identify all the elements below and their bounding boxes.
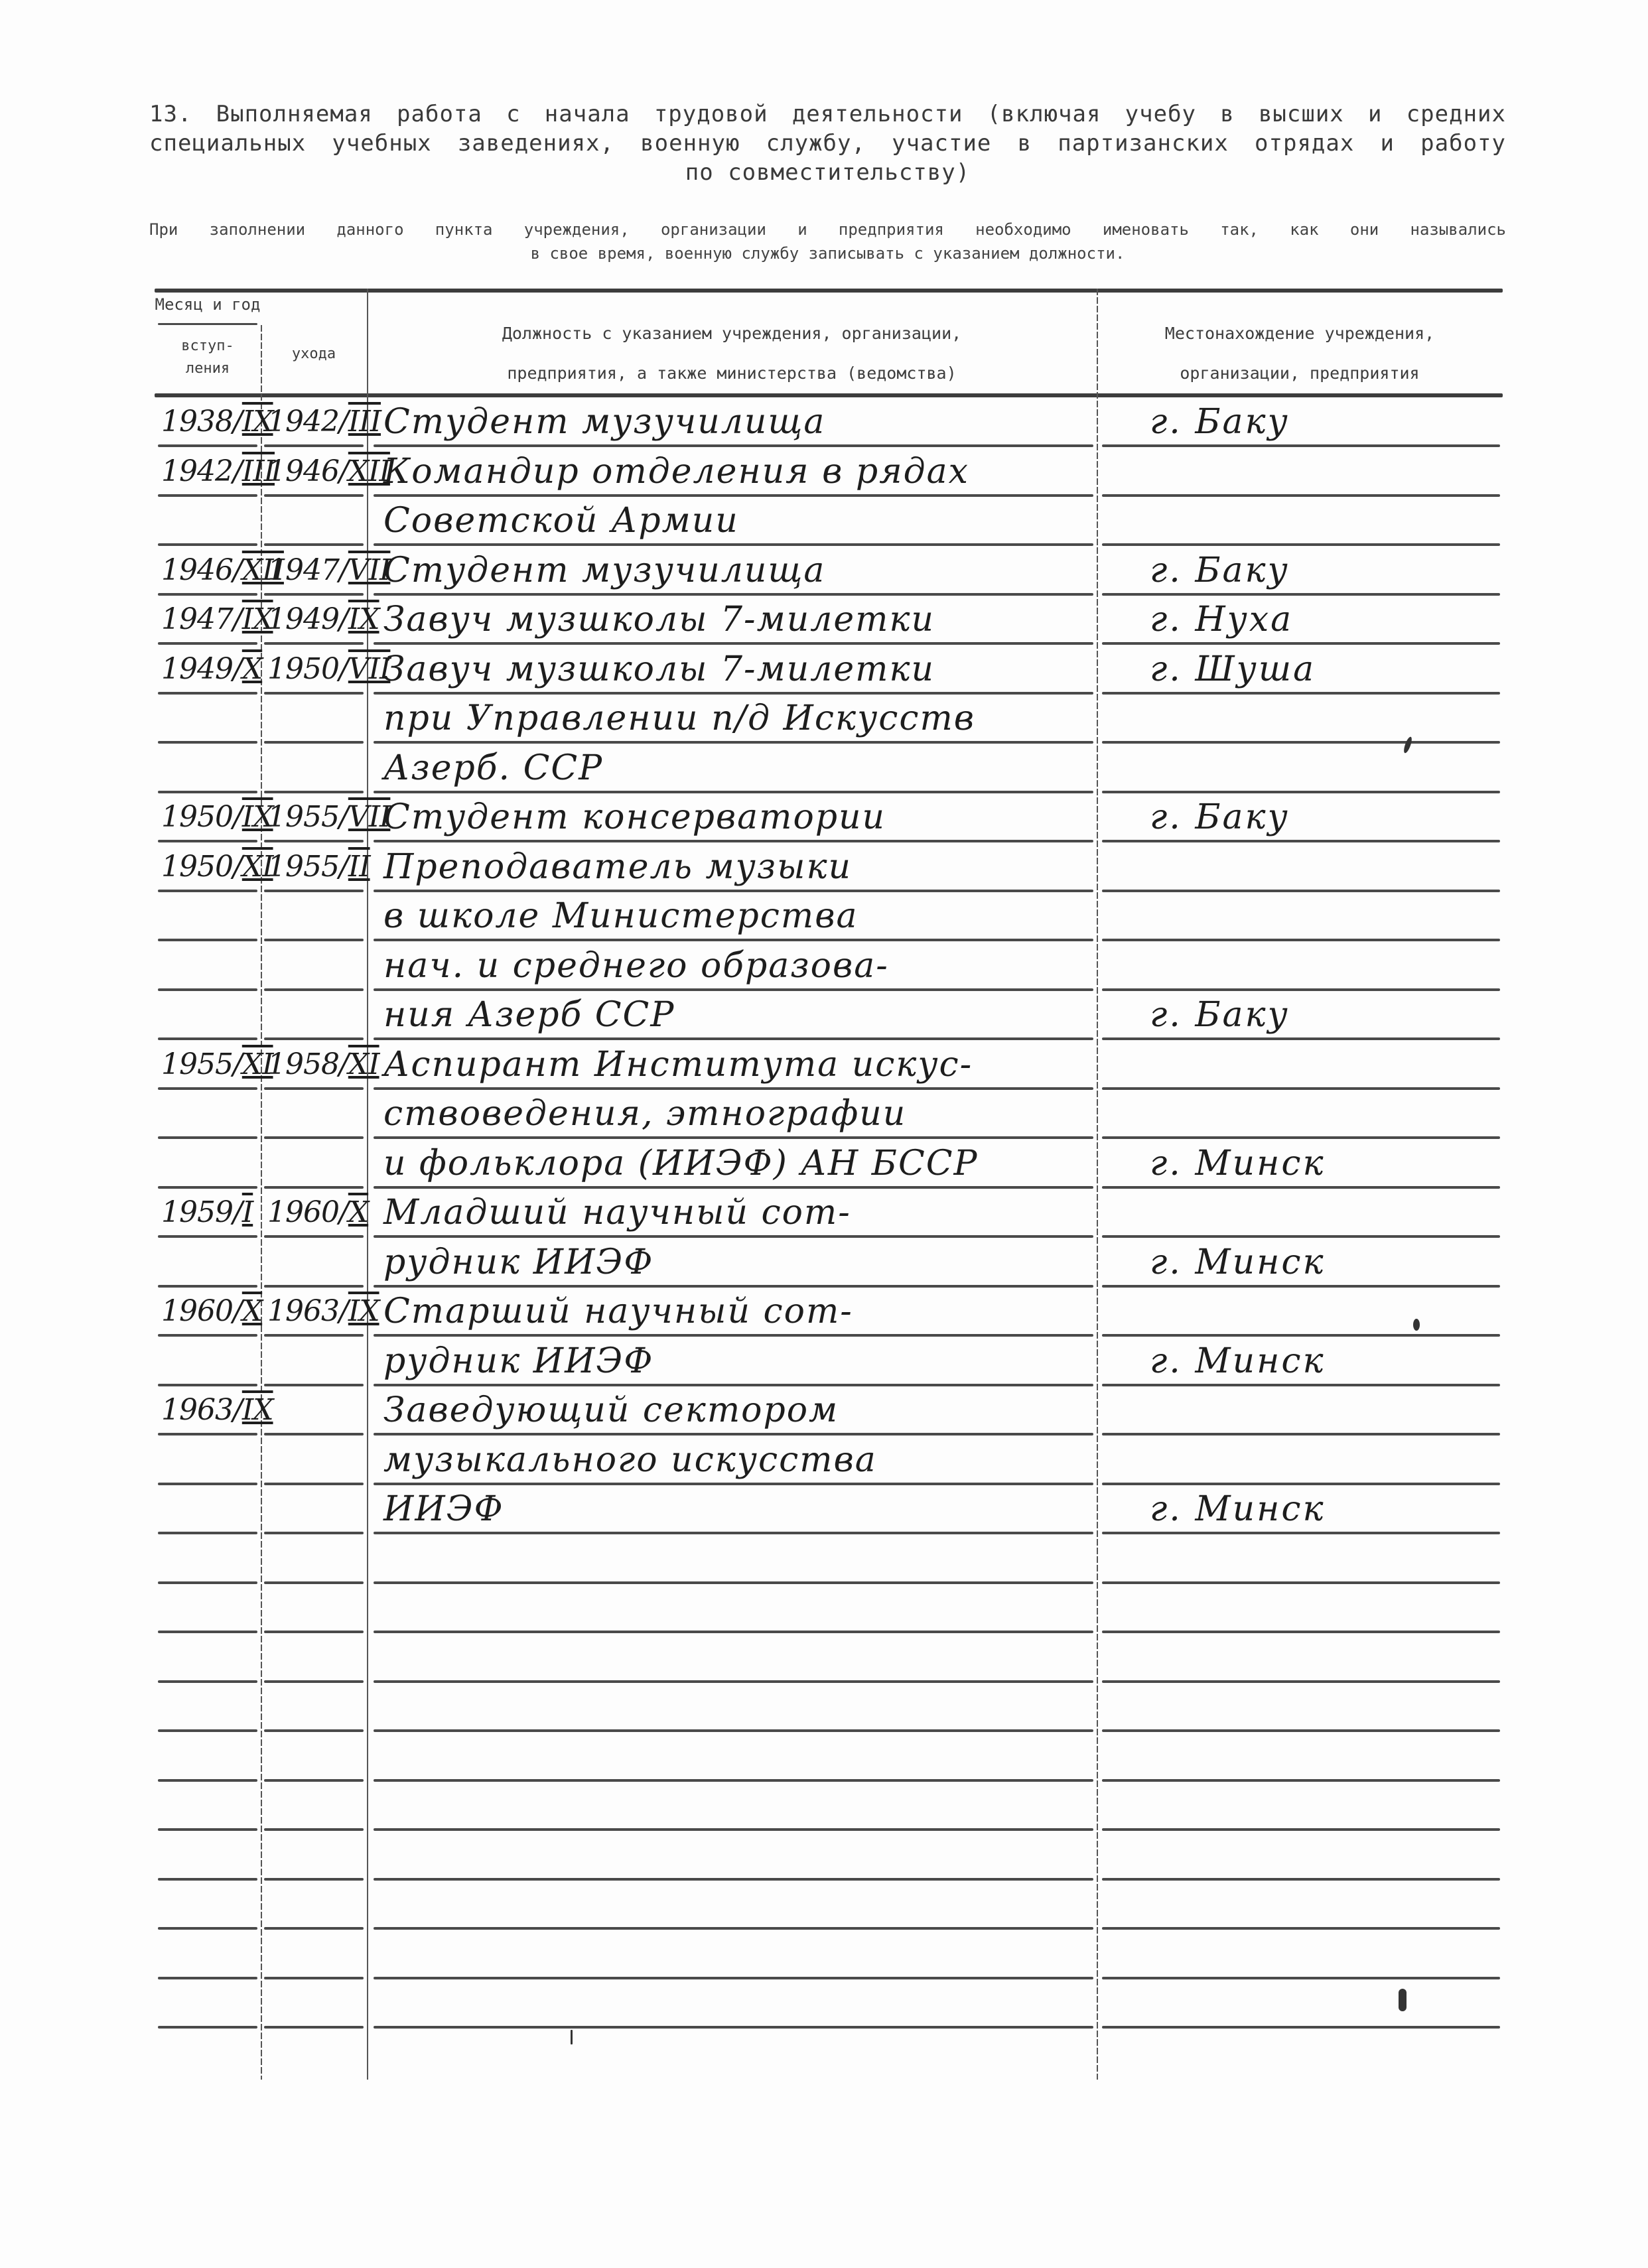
- leave-month: III: [348, 405, 381, 438]
- leave-date: 1963/IX: [267, 1294, 379, 1328]
- row-rule: [1102, 1483, 1500, 1485]
- entry-date: 1955/XI: [161, 1047, 273, 1081]
- leave-date: 1947/VII: [267, 553, 390, 587]
- row-rule: [1102, 494, 1500, 497]
- date-separator: /: [233, 553, 242, 587]
- date-separator: /: [233, 602, 242, 636]
- row-rule: [374, 988, 1093, 991]
- row-rule: [1102, 1581, 1500, 1584]
- row-rule: [1102, 741, 1500, 744]
- employment-history-table: Месяц и год вступ- ления ухода Должность…: [155, 289, 1503, 2080]
- row-rule: [1102, 1729, 1500, 1732]
- scan-mark: [1413, 1319, 1420, 1331]
- row-rule: [264, 1334, 364, 1337]
- row-rule: [1102, 1631, 1500, 1633]
- row-rule: [1102, 692, 1500, 695]
- date-separator: /: [339, 602, 348, 636]
- row-rule: [1102, 791, 1500, 793]
- location-text: г. Баку: [1150, 995, 1290, 1035]
- entry-year: 1960: [161, 1294, 233, 1328]
- leave-year: 1958: [267, 1047, 339, 1081]
- row-rule: [374, 1828, 1093, 1831]
- row-rule: [374, 1927, 1093, 1930]
- leave-date: 1942/III: [267, 405, 381, 438]
- row-rule: [1102, 939, 1500, 941]
- row-rule: [264, 1927, 364, 1930]
- date-separator: /: [233, 1195, 242, 1229]
- row-rule: [374, 741, 1093, 744]
- row-rule: [1102, 1927, 1500, 1930]
- row-rule: [374, 642, 1093, 645]
- position-text: Завуч музшколы 7-милетки: [383, 600, 935, 639]
- header-location: Местонахождение учреждения, организации,…: [1097, 314, 1503, 393]
- row-rule: [158, 1977, 257, 1979]
- row-rule: [158, 1235, 257, 1238]
- position-text: Преподаватель музыки: [383, 847, 852, 887]
- instruction-line-2: в свое время, военную службу записывать …: [149, 241, 1506, 265]
- row-rule: [264, 1631, 364, 1633]
- row-rule: [158, 988, 257, 991]
- entry-month: X: [242, 652, 262, 686]
- row-rule: [158, 1186, 257, 1189]
- leave-year: 1949: [267, 602, 339, 636]
- row-rule: [374, 1433, 1093, 1435]
- header-entry-line-1: вступ-: [155, 335, 261, 358]
- row-rule: [1102, 1977, 1500, 1979]
- column-divider-entry-leave: [261, 325, 262, 2080]
- leave-year: 1946: [267, 454, 339, 488]
- row-rule: [374, 1186, 1093, 1189]
- leave-date: 1950/VII: [267, 652, 390, 686]
- row-rule: [1102, 1285, 1500, 1288]
- row-rule: [158, 1927, 257, 1930]
- row-rule: [264, 1285, 364, 1288]
- row-rule: [1102, 1680, 1500, 1683]
- leave-date: 1946/XII: [267, 454, 390, 488]
- position-text: Студент консерватории: [383, 797, 886, 837]
- row-rule: [158, 1037, 257, 1040]
- row-rule: [264, 1680, 364, 1683]
- row-rule: [158, 543, 257, 546]
- row-rule: [374, 1779, 1093, 1782]
- entry-month: IX: [242, 1393, 273, 1427]
- entry-date: 1950/XI: [161, 850, 273, 884]
- leave-date: 1955/II: [267, 850, 370, 884]
- row-rule: [158, 1483, 257, 1485]
- row-rule: [374, 1680, 1093, 1683]
- row-rule: [1102, 1087, 1500, 1090]
- row-rule: [374, 593, 1093, 596]
- header-entry: вступ- ления: [155, 335, 261, 380]
- location-text: г. Баку: [1150, 402, 1290, 442]
- row-rule: [264, 642, 364, 645]
- row-rule: [374, 692, 1093, 695]
- row-rule: [1102, 1779, 1500, 1782]
- row-rule: [158, 1878, 257, 1881]
- position-text: рудник ИИЭФ: [383, 1341, 653, 1381]
- row-rule: [1102, 988, 1500, 991]
- leave-month: II: [348, 850, 370, 884]
- leave-date: 1949/IX: [267, 602, 379, 636]
- position-text: ствоведения, этнографии: [383, 1094, 906, 1134]
- instruction-note: При заполнении данного пункта учреждения…: [149, 218, 1506, 265]
- leave-year: 1947: [267, 553, 339, 587]
- instruction-line-1: При заполнении данного пункта учреждения…: [149, 218, 1506, 241]
- row-rule: [158, 840, 257, 842]
- position-text: рудник ИИЭФ: [383, 1242, 653, 1282]
- row-rule: [374, 1532, 1093, 1534]
- month-year-divider: [158, 323, 257, 325]
- date-separator: /: [339, 850, 348, 884]
- row-rule: [264, 1581, 364, 1584]
- date-separator: /: [233, 1393, 242, 1427]
- entry-year: 1938: [161, 405, 233, 438]
- row-rule: [264, 494, 364, 497]
- row-rule: [374, 1334, 1093, 1337]
- row-rule: [1102, 1235, 1500, 1238]
- row-rule: [158, 494, 257, 497]
- row-rule: [264, 1977, 364, 1979]
- entry-month: X: [242, 1294, 262, 1328]
- leave-year: 1955: [267, 850, 339, 884]
- entry-date: 1942/III: [161, 454, 275, 488]
- row-rule: [1102, 1384, 1500, 1386]
- date-separator: /: [339, 800, 348, 834]
- header-leave: ухода: [261, 346, 367, 362]
- position-text: при Управлении п/д Искусств: [383, 699, 975, 738]
- location-text: г. Баку: [1150, 551, 1290, 590]
- header-position-line-2: предприятия, а также министерства (ведом…: [367, 354, 1097, 393]
- row-rule: [264, 2026, 364, 2029]
- row-rule: [374, 1235, 1093, 1238]
- leave-year: 1950: [267, 652, 339, 686]
- row-rule: [1102, 1878, 1500, 1881]
- leave-month: IX: [348, 1294, 379, 1328]
- position-text: музыкального искусства: [383, 1440, 877, 1480]
- row-rule: [158, 1087, 257, 1090]
- leave-month: XI: [348, 1047, 379, 1081]
- row-rule: [1102, 593, 1500, 596]
- position-text: Командир отделения в рядах: [383, 452, 969, 492]
- date-separator: /: [233, 1047, 242, 1081]
- position-text: Советской Армии: [383, 501, 739, 541]
- row-rule: [374, 791, 1093, 793]
- column-divider-position-location: [1097, 289, 1098, 2080]
- row-rule: [264, 939, 364, 941]
- row-rule: [374, 1285, 1093, 1288]
- row-rule: [1102, 2026, 1500, 2029]
- entry-date: 1963/IX: [161, 1393, 273, 1427]
- row-rule: [158, 1779, 257, 1782]
- position-text: в школе Министерства: [383, 896, 858, 936]
- row-rule: [1102, 1828, 1500, 1831]
- row-rule: [158, 1729, 257, 1732]
- row-rule: [1102, 840, 1500, 842]
- date-separator: /: [339, 553, 348, 587]
- entry-year: 1963: [161, 1393, 233, 1427]
- row-rule: [264, 1384, 364, 1386]
- position-text: Студент музучилища: [383, 402, 825, 442]
- leave-year: 1942: [267, 405, 339, 438]
- row-rule: [158, 1433, 257, 1435]
- row-rule: [374, 1136, 1093, 1139]
- row-rule: [158, 741, 257, 744]
- entry-year: 1946: [161, 553, 233, 587]
- location-text: г. Нуха: [1150, 600, 1293, 639]
- row-rule: [374, 1878, 1093, 1881]
- row-rule: [264, 1878, 364, 1881]
- position-text: Младший научный сот-: [383, 1193, 851, 1233]
- leave-month: IX: [348, 602, 379, 636]
- date-separator: /: [233, 1294, 242, 1328]
- entry-year: 1955: [161, 1047, 233, 1081]
- position-text: ИИЭФ: [383, 1489, 504, 1529]
- questionnaire-page: 13. Выполняемая работа с начала трудовой…: [0, 0, 1648, 2268]
- row-rule: [158, 692, 257, 695]
- row-rule: [374, 1729, 1093, 1732]
- row-rule: [264, 1037, 364, 1040]
- date-separator: /: [233, 405, 242, 438]
- leave-year: 1960: [267, 1195, 339, 1229]
- row-rule: [374, 543, 1093, 546]
- row-rule: [374, 1483, 1093, 1485]
- row-rule: [158, 1384, 257, 1386]
- row-rule: [374, 1037, 1093, 1040]
- row-rule: [158, 2026, 257, 2029]
- row-rule: [374, 939, 1093, 941]
- row-rule: [1102, 543, 1500, 546]
- section-title-line-1: 13. Выполняемая работа с начала трудовой…: [149, 100, 1506, 129]
- entry-month: I: [242, 1195, 253, 1229]
- row-rule: [1102, 1433, 1500, 1435]
- row-rule: [264, 840, 364, 842]
- header-bottom-border: [155, 393, 1503, 397]
- row-rule: [264, 1483, 364, 1485]
- header-month-year: Месяц и год: [155, 295, 261, 314]
- row-rule: [1102, 1037, 1500, 1040]
- entry-date: 1960/X: [161, 1294, 262, 1328]
- row-rule: [264, 741, 364, 744]
- entry-date: 1938/IX: [161, 405, 273, 438]
- entry-date: 1947/IX: [161, 602, 273, 636]
- row-rule: [158, 1285, 257, 1288]
- date-separator: /: [339, 1294, 348, 1328]
- row-rule: [158, 791, 257, 793]
- row-rule: [374, 494, 1093, 497]
- date-separator: /: [233, 652, 242, 686]
- row-rule: [1102, 1186, 1500, 1189]
- row-rule: [374, 444, 1093, 447]
- position-text: Аспирант Института искус-: [383, 1045, 973, 1085]
- row-rule: [1102, 1136, 1500, 1139]
- location-text: г. Минск: [1150, 1489, 1326, 1529]
- leave-year: 1963: [267, 1294, 339, 1328]
- row-rule: [264, 593, 364, 596]
- row-rule: [158, 1532, 257, 1534]
- position-text: Студент музучилища: [383, 551, 825, 590]
- row-rule: [374, 1581, 1093, 1584]
- row-rule: [158, 1334, 257, 1337]
- date-separator: /: [233, 800, 242, 834]
- row-rule: [1102, 1532, 1500, 1534]
- header-position-line-1: Должность с указанием учреждения, органи…: [367, 314, 1097, 354]
- scan-mark: [1399, 1989, 1407, 2011]
- leave-date: 1958/XI: [267, 1047, 379, 1081]
- entry-year: 1947: [161, 602, 233, 636]
- row-rule: [1102, 1334, 1500, 1337]
- entry-year: 1949: [161, 652, 233, 686]
- entry-year: 1959: [161, 1195, 233, 1229]
- entry-date: 1949/X: [161, 652, 262, 686]
- date-separator: /: [233, 454, 242, 488]
- row-rule: [264, 444, 364, 447]
- section-title-line-2: специальных учебных заведениях, военную …: [149, 129, 1506, 158]
- header-position: Должность с указанием учреждения, органи…: [367, 314, 1097, 393]
- entry-date: 1959/I: [161, 1195, 253, 1229]
- entry-date: 1946/XII: [161, 553, 284, 587]
- date-separator: /: [339, 652, 348, 686]
- row-rule: [1102, 890, 1500, 892]
- header-entry-line-2: ления: [155, 358, 261, 380]
- row-rule: [374, 890, 1093, 892]
- row-rule: [264, 1136, 364, 1139]
- leave-date: 1960/X: [267, 1195, 368, 1229]
- location-text: г. Баку: [1150, 797, 1290, 837]
- row-rule: [264, 1828, 364, 1831]
- date-separator: /: [339, 454, 348, 488]
- position-text: Завуч музшколы 7-милетки: [383, 649, 935, 689]
- position-text: Старший научный сот-: [383, 1292, 853, 1331]
- leave-month: X: [348, 1195, 368, 1229]
- row-rule: [374, 1087, 1093, 1090]
- row-rule: [158, 1581, 257, 1584]
- row-rule: [158, 642, 257, 645]
- leave-year: 1955: [267, 800, 339, 834]
- row-rule: [264, 791, 364, 793]
- row-rule: [264, 1729, 364, 1732]
- row-rule: [264, 1235, 364, 1238]
- row-rule: [264, 1779, 364, 1782]
- entry-year: 1942: [161, 454, 233, 488]
- row-rule: [158, 1631, 257, 1633]
- location-text: г. Минск: [1150, 1242, 1326, 1282]
- entry-date: 1950/IX: [161, 800, 273, 834]
- row-rule: [374, 2026, 1093, 2029]
- position-text: нач. и среднего образова-: [383, 946, 889, 986]
- position-text: Заведующий сектором: [383, 1390, 839, 1430]
- row-rule: [158, 1680, 257, 1683]
- row-rule: [264, 543, 364, 546]
- row-rule: [374, 840, 1093, 842]
- entry-year: 1950: [161, 800, 233, 834]
- location-text: г. Шуша: [1150, 649, 1316, 689]
- row-rule: [264, 1186, 364, 1189]
- date-separator: /: [339, 1195, 348, 1229]
- position-text: и фольклора (ИИЭФ) АН БССР: [383, 1144, 979, 1183]
- header-location-line-2: организации, предприятия: [1097, 354, 1503, 393]
- row-rule: [374, 1977, 1093, 1979]
- section-title: 13. Выполняемая работа с начала трудовой…: [149, 100, 1506, 187]
- date-separator: /: [233, 850, 242, 884]
- row-rule: [264, 988, 364, 991]
- row-rule: [1102, 444, 1500, 447]
- date-separator: /: [339, 1047, 348, 1081]
- section-title-line-3: по совместительству): [149, 158, 1506, 187]
- date-separator: /: [339, 405, 348, 438]
- row-rule: [374, 1631, 1093, 1633]
- row-rule: [158, 939, 257, 941]
- row-rule: [158, 890, 257, 892]
- row-rule: [158, 1828, 257, 1831]
- row-rule: [264, 1532, 364, 1534]
- table-top-border: [155, 289, 1503, 293]
- position-text: ния Азерб ССР: [383, 995, 675, 1035]
- location-text: г. Минск: [1150, 1341, 1326, 1381]
- location-text: г. Минск: [1150, 1144, 1326, 1183]
- row-rule: [158, 1136, 257, 1139]
- entry-year: 1950: [161, 850, 233, 884]
- row-rule: [1102, 642, 1500, 645]
- position-text: Азерб. ССР: [383, 748, 603, 788]
- row-rule: [264, 692, 364, 695]
- row-rule: [264, 890, 364, 892]
- row-rule: [374, 1384, 1093, 1386]
- row-rule: [158, 444, 257, 447]
- header-location-line-1: Местонахождение учреждения,: [1097, 314, 1503, 354]
- row-rule: [264, 1087, 364, 1090]
- row-rule: [158, 593, 257, 596]
- leave-date: 1955/VII: [267, 800, 390, 834]
- row-rule: [264, 1433, 364, 1435]
- scan-mark: [571, 2030, 573, 2044]
